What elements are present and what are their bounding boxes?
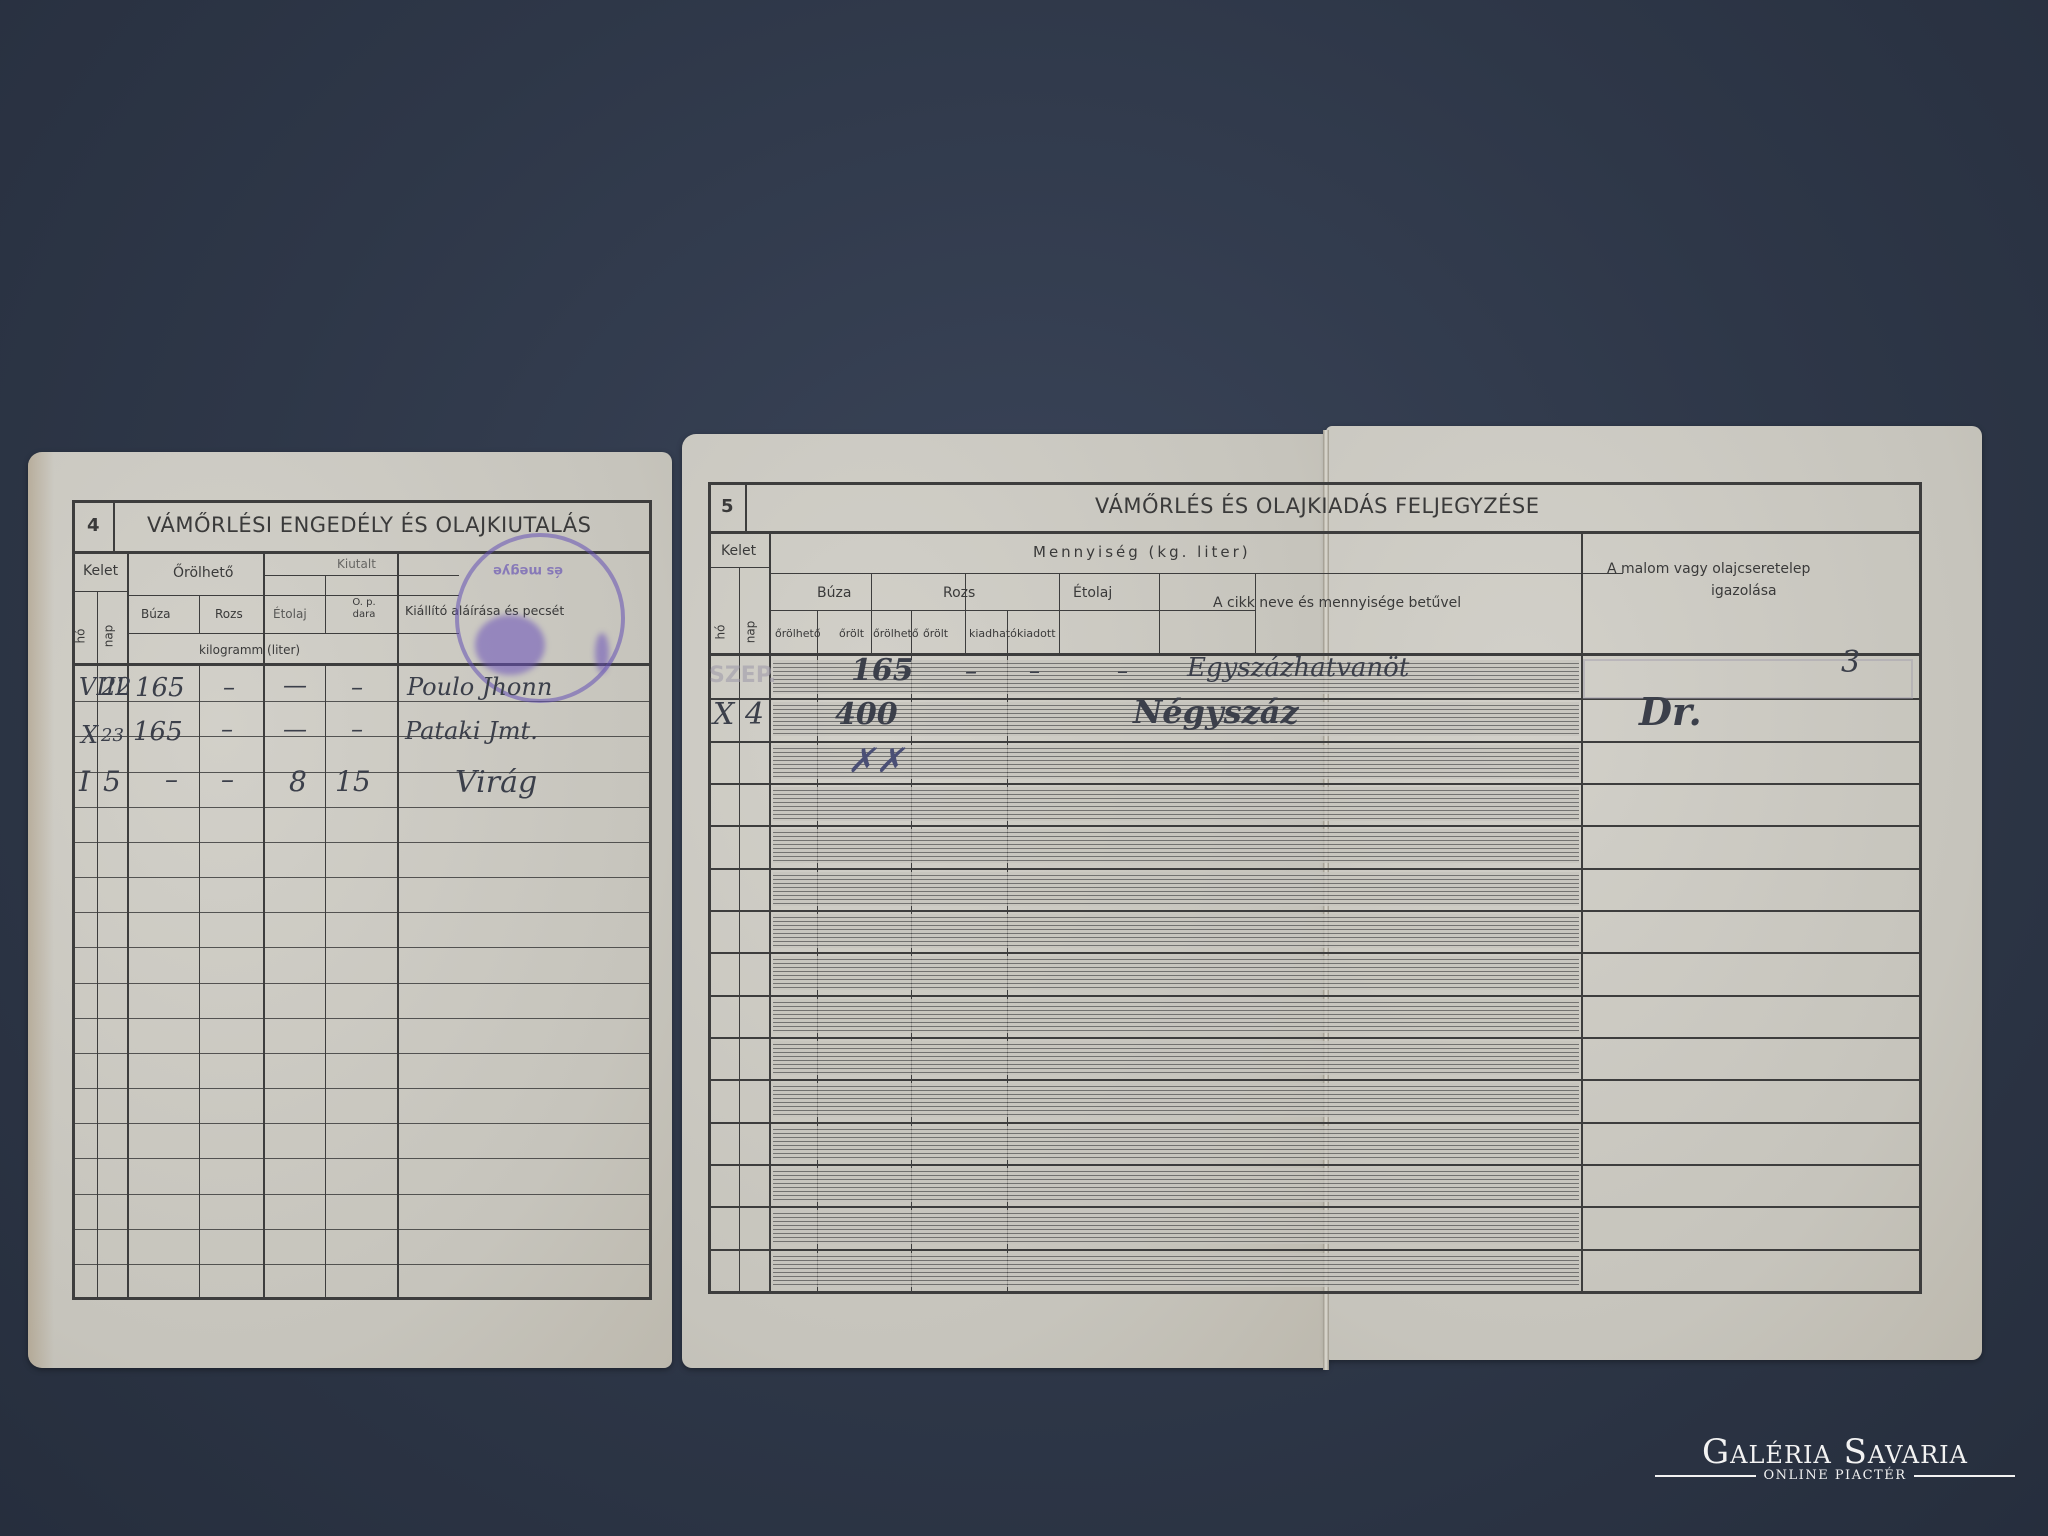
hatched-cell-area (773, 956, 1579, 990)
row1-rozs: – (223, 673, 235, 701)
row-divider (75, 842, 649, 843)
header-mennyiseg: Mennyiség (kg. liter) (1033, 543, 1251, 561)
row3-buza: – (165, 765, 178, 795)
row-divider (711, 1037, 1919, 1039)
row-divider (75, 1053, 649, 1054)
row-divider (75, 877, 649, 878)
header-op-dara: O. p.dara (337, 597, 391, 621)
r1-igazolas: 3 (1841, 645, 1860, 680)
header-rozs: Rozs (943, 585, 975, 601)
header-kiutalt: Kiutalt (337, 557, 376, 571)
header-buza: Búza (817, 585, 851, 601)
header-orolheto: Őrölhető (173, 565, 233, 581)
hatched-cell-area (773, 999, 1579, 1033)
row2-nap: 23 (101, 725, 124, 746)
hatched-cell-area (773, 914, 1579, 948)
watermark-rule (1914, 1475, 2015, 1477)
header-igazolas-line1: A malom vagy olajcseretelep (1607, 561, 1810, 577)
row1-nap: 22 (101, 673, 132, 701)
r2-buza-orolt: 400 (835, 697, 898, 732)
row1-signature: Poulo Jhonn (407, 673, 552, 701)
section-title: VÁMŐRLÉS ÉS OLAJKIADÁS FELJEGYZÉSE (1095, 494, 1539, 518)
header-buza-orolheto: őrölhető (775, 627, 821, 640)
row-divider (711, 952, 1919, 954)
row-divider (711, 825, 1919, 827)
row-divider (711, 1249, 1919, 1251)
r2-nap: 4 (745, 697, 764, 732)
row-divider (711, 783, 1919, 785)
hatched-cell-area (773, 872, 1579, 906)
header-unit: kilogramm (liter) (199, 643, 300, 657)
header-etolaj-kiadott: kiadott (1017, 627, 1056, 640)
milling-record-table: 5 VÁMŐRLÉS ÉS OLAJKIADÁS FELJEGYZÉSE Kel… (708, 482, 1922, 1294)
page-edge-stain (28, 452, 54, 1368)
hatched-cell-area (773, 1210, 1579, 1244)
header-igazolas-line2: igazolása (1711, 583, 1777, 599)
header-ho: hó (73, 629, 87, 644)
row-divider (711, 868, 1919, 870)
header-ho: hó (713, 625, 727, 640)
header-kelet: Kelet (83, 563, 118, 579)
stamp-ink-blot (595, 633, 609, 673)
row-divider (75, 912, 649, 913)
r1-etolaj-kiadhato: – (1029, 659, 1040, 684)
stamp-text: és megye (493, 563, 563, 578)
date-stamp: SZEP. (709, 663, 776, 688)
row-divider (711, 1122, 1919, 1124)
allotment-table: 4 VÁMŐRLÉSI ENGEDÉLY ÉS OLAJKIUTALÁS Kel… (72, 500, 652, 1300)
row3-opdara: 15 (335, 765, 371, 798)
header-buza-orolt: őrölt (839, 627, 864, 640)
header-rozs: Rozs (215, 607, 243, 621)
r3-buza-orolt-crossed: ✗✗ (847, 741, 904, 781)
header-etolaj-kiadhato: kiadható (969, 627, 1017, 640)
row3-nap: 5 (103, 765, 121, 798)
row-divider (75, 1123, 649, 1124)
hatched-cell-area (773, 1168, 1579, 1202)
header-nap: nap (743, 621, 757, 644)
row-divider (75, 1264, 649, 1265)
row-divider (75, 807, 649, 808)
watermark-title: Galéria Savaria (1655, 1432, 2015, 1472)
r2-cikk: Négyszáz (1133, 693, 1299, 731)
hatched-cell-area (773, 1083, 1579, 1117)
mill-stamp (1583, 659, 1913, 699)
row1-buza: 165 (135, 673, 185, 703)
row-divider (711, 910, 1919, 912)
row2-ho: X (81, 721, 98, 749)
r1-etolaj-kiadott: – (1117, 659, 1128, 684)
r1-cikk: Egyszázhatvanöt (1187, 653, 1409, 683)
row1-etolaj: — (283, 671, 307, 699)
row-divider (711, 1164, 1919, 1166)
row2-signature: Pataki Jmt. (405, 717, 538, 745)
row-divider (711, 1079, 1919, 1081)
row-divider (75, 1088, 649, 1089)
r1-rozs-orolheto: – (897, 657, 909, 685)
row2-etolaj: — (283, 715, 307, 743)
header-buza: Búza (141, 607, 171, 621)
header-etolaj: Étolaj (273, 607, 307, 621)
row-divider (711, 995, 1919, 997)
row1-opdara: – (351, 673, 363, 701)
header-rozs-orolt: őrölt (923, 627, 948, 640)
row2-opdara: – (351, 715, 363, 743)
row-divider (75, 1018, 649, 1019)
row-divider (75, 1229, 649, 1230)
hatched-cell-area (773, 829, 1579, 863)
header-cikk: A cikk neve és mennyisége betűvel (1213, 595, 1461, 611)
row-divider (75, 1158, 649, 1159)
row-divider (75, 1194, 649, 1195)
hatched-cell-area (773, 1041, 1579, 1075)
row-divider (75, 947, 649, 948)
watermark-logo: Galéria Savaria ONLINE PIACTÉR (1655, 1432, 2015, 1483)
r2-igazolas-signature: Dr. (1639, 689, 1702, 734)
hatched-cell-area (773, 1253, 1579, 1287)
row2-buza: 165 (133, 717, 183, 747)
section-number: 4 (87, 515, 100, 536)
header-nap: nap (101, 625, 115, 648)
header-etolaj: Étolaj (1073, 585, 1112, 601)
section-number: 5 (721, 496, 734, 517)
row3-rozs: – (221, 765, 234, 795)
watermark-subtitle: ONLINE PIACTÉR (1764, 1468, 1907, 1483)
row-divider (711, 1206, 1919, 1208)
hatched-cell-area (773, 787, 1579, 821)
row2-rozs: – (221, 715, 233, 743)
row3-signature: Virág (455, 765, 537, 800)
watermark-rule (1655, 1475, 1756, 1477)
row3-etolaj: 8 (289, 765, 307, 798)
row3-ho: I (79, 765, 90, 798)
row-divider (75, 983, 649, 984)
r1-rozs-orolt: – (965, 657, 977, 685)
r2-ho: X (713, 697, 734, 732)
stamp-ink-blot (475, 615, 545, 675)
hatched-cell-area (773, 1126, 1579, 1160)
header-kelet: Kelet (721, 543, 756, 559)
